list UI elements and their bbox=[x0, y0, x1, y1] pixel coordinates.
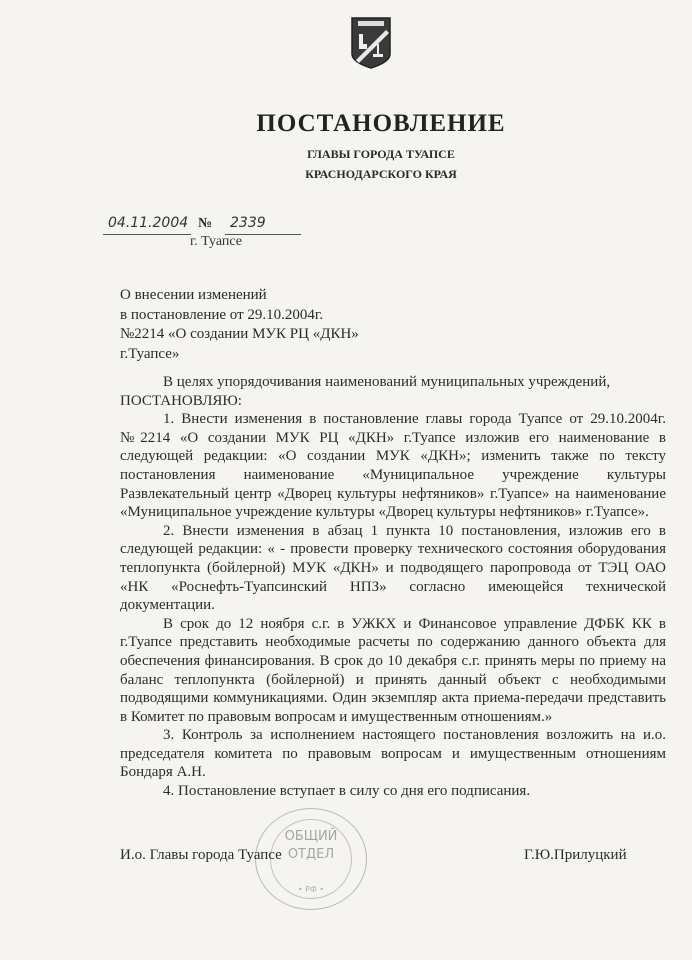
subject-line: О внесении изменений bbox=[120, 286, 359, 306]
resolve-heading: ПОСТАНОВЛЯЮ: bbox=[120, 392, 666, 411]
date-underline bbox=[103, 234, 191, 235]
document-date: 04.11.2004 bbox=[108, 215, 188, 231]
item-1: 1. Внести изменения в постановление глав… bbox=[120, 410, 666, 522]
issuer-line: ГЛАВЫ ГОРОДА ТУАПСЕ bbox=[0, 147, 692, 162]
stamp-rim-text: • РФ • bbox=[256, 885, 366, 894]
subject-line: №2214 «О создании МУК РЦ «ДКН» bbox=[120, 325, 359, 345]
stamp-text-1: ОБЩИЙ bbox=[256, 829, 366, 844]
coat-of-arms-icon bbox=[350, 14, 392, 70]
item-3: 3. Контроль за исполнением настоящего по… bbox=[120, 726, 666, 782]
item-2: 2. Внести изменения в абзац 1 пункта 10 … bbox=[120, 522, 666, 615]
signatory-position: И.о. Главы города Туапсе bbox=[120, 847, 282, 864]
region-line: КРАСНОДАРСКОГО КРАЯ bbox=[0, 167, 692, 182]
subject-block: О внесении изменений в постановление от … bbox=[120, 286, 359, 364]
document-title: ПОСТАНОВЛЕНИЕ bbox=[0, 110, 692, 138]
item-4: 4. Постановление вступает в силу со дня … bbox=[120, 782, 666, 801]
subject-line: в постановление от 29.10.2004г. bbox=[120, 306, 359, 326]
subject-line: г.Туапсе» bbox=[120, 345, 359, 365]
number-sign: № bbox=[198, 216, 212, 232]
document-number: 2339 bbox=[230, 215, 266, 231]
city-label: г. Туапсе bbox=[190, 234, 242, 250]
document-page: ПОСТАНОВЛЕНИЕ ГЛАВЫ ГОРОДА ТУАПСЕ КРАСНО… bbox=[0, 0, 692, 960]
document-body: В целях упорядочивания наименований муни… bbox=[120, 373, 666, 801]
item-2-continued: В срок до 12 ноября с.г. в УЖКХ и Финанс… bbox=[120, 615, 666, 727]
preamble: В целях упорядочивания наименований муни… bbox=[120, 373, 666, 392]
signatory-name: Г.Ю.Прилуцкий bbox=[524, 847, 627, 864]
